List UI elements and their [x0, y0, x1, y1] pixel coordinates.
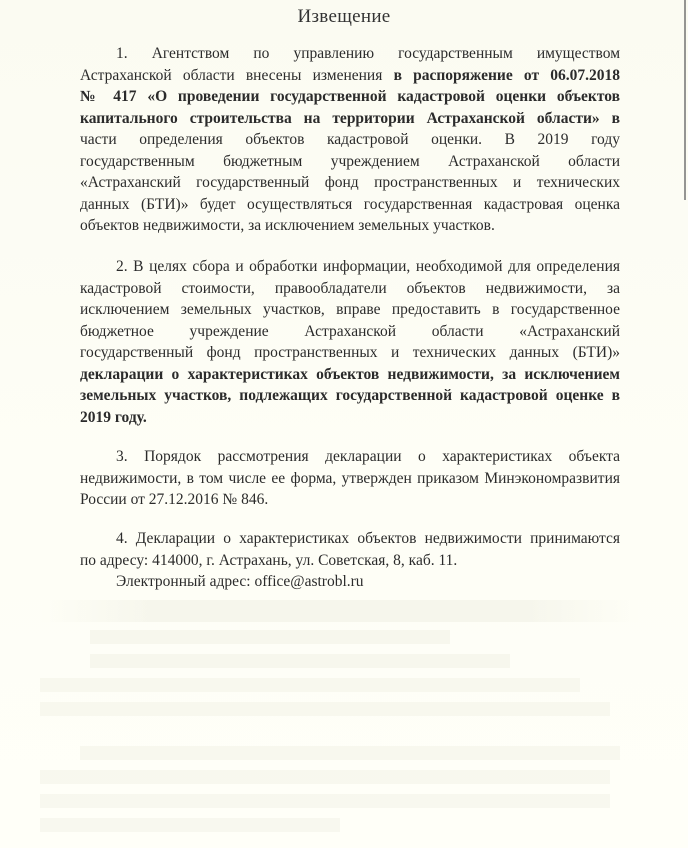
para2-line-2: кадастровой стоимости, правообладатели о… — [80, 278, 620, 300]
paragraph-1: 1. Агентством по управлению государствен… — [80, 43, 620, 237]
email-line: Электронный адрес: office@astrobl.ru — [80, 571, 620, 593]
para1-line-3: № 417 «О проведении государственной када… — [80, 86, 620, 108]
para3-line-1: 3. Порядок рассмотрения декларации о хар… — [80, 446, 620, 468]
scanned-document-page: Извещение 1. Агентством по управлению го… — [0, 0, 688, 848]
para1-line-7: «Астраханский государственный фонд прост… — [80, 172, 620, 194]
bleed-through-text — [40, 600, 640, 832]
para1-line-9: объектов недвижимости, за исключением зе… — [80, 215, 620, 237]
para2-line-5: государственный фонд пространственных и … — [80, 342, 620, 364]
para1-line-4: капитального строительства на территории… — [80, 108, 620, 130]
para2-line-4: бюджетное учреждение Астраханской област… — [80, 321, 620, 343]
document-title: Извещение — [0, 6, 688, 28]
para3-line-2: недвижимости, в том числе ее форма, утве… — [80, 468, 620, 490]
para2-line-8: 2019 году. — [80, 407, 620, 429]
para4-line-1: 4. Декларации о характеристиках объектов… — [80, 528, 620, 550]
page-edge-line — [684, 0, 686, 200]
para3-line-3: России от 27.12.2016 № 846. — [80, 489, 620, 511]
para2-line-6: декларации о характеристиках объектов не… — [80, 364, 620, 386]
paragraph-3: 3. Порядок рассмотрения декларации о хар… — [80, 446, 620, 511]
para2-line-1: 2. В целях сбора и обработки информации,… — [80, 256, 620, 278]
para1-line-6: государственным бюджетным учреждением Ас… — [80, 151, 620, 173]
para2-line-3: исключением земельных участков, вправе п… — [80, 299, 620, 321]
para1-line-2: Астраханской области внесены изменения в… — [80, 65, 620, 87]
paragraph-2: 2. В целях сбора и обработки информации,… — [80, 256, 620, 428]
para4-line-2: по адресу: 414000, г. Астрахань, ул. Сов… — [80, 550, 620, 572]
para1-line-5: части определения объектов кадастровой о… — [80, 129, 620, 151]
para2-line-7: земельных участков, подлежащих государст… — [80, 385, 620, 407]
para1-line-1: 1. Агентством по управлению государствен… — [80, 43, 620, 65]
para1-line-8: данных (БТИ)» будет осуществляться госуд… — [80, 194, 620, 216]
paragraph-4: 4. Декларации о характеристиках объектов… — [80, 528, 620, 593]
